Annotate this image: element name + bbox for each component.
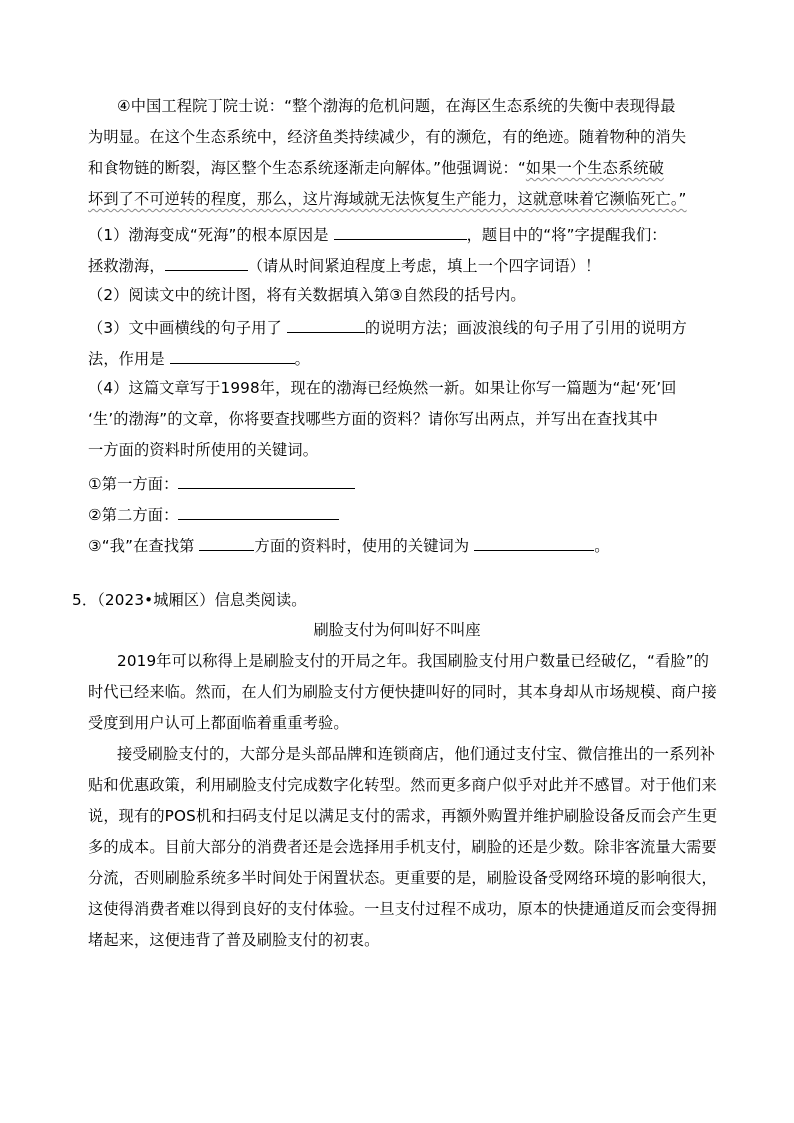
passage-line: 坏到了不可逆转的程度，那么，这片海域就无法恢复生产能力，这就意味着它濒临死亡。” (88, 189, 687, 209)
answer-blank[interactable] (287, 316, 365, 333)
wavy-underlined-quote: 如果一个生态系统破 (526, 159, 664, 177)
question-text: （请从时间紧迫程度上考虑，填上一个四字词语）！ (248, 257, 601, 275)
item-label: ①第一方面： (88, 475, 178, 493)
question-3-cont: 法，作用是 。 (88, 347, 310, 369)
article-line: 时代已经来临。然而，在人们为刷脸支付方便快捷叫好的同时，其本身却从市场规模、商户… (88, 682, 717, 702)
item-label: ③“我”在查找第 (88, 537, 195, 555)
question-2: （2）阅读文中的统计图，将有关数据填入第③自然段的括号内。 (88, 285, 526, 305)
question-5-header: 5．（2023•城厢区）信息类阅读。 (72, 590, 307, 610)
question-4: （4）这篇文章写于1998年，现在的渤海已经焕然一新。如果让你写一篇题为“起‘死… (88, 378, 677, 398)
article-title: 刷脸支付为何叫好不叫座 (0, 620, 794, 640)
passage-line: 和食物链的断裂，海区整个生态系统逐渐走向解体。”他强调说：“如果一个生态系统破 (88, 158, 664, 178)
answer-blank[interactable] (178, 503, 339, 520)
answer-blank[interactable] (178, 472, 355, 489)
question-4-cont: 一方面的资料时所使用的关键词。 (88, 440, 318, 460)
answer-blank[interactable] (165, 254, 248, 271)
question-text: 的说明方法；画波浪线的句子用了引用的说明方 (365, 319, 687, 337)
item-1: ①第一方面： (88, 472, 355, 494)
question-1-cont: 拯救渤海，（请从时间紧迫程度上考虑，填上一个四字词语）！ (88, 254, 600, 276)
article-line: 堵起来，这便违背了普及刷脸支付的初衷。 (88, 930, 379, 950)
item-2: ②第二方面： (88, 503, 339, 525)
item-3: ③“我”在查找第 方面的资料时，使用的关键词为 。 (88, 534, 610, 556)
article-line: 多的成本。目前大部分的消费者还是会选择用手机支付，刷脸的还是少数。除非客流量大需… (88, 837, 717, 857)
document-page: ④中国工程院丁院士说：“整个渤海的危机问题，在海区生态系统的失衡中表现得最 为明… (0, 0, 794, 1123)
question-text: ，题目中的“将”字提醒我们： (467, 226, 667, 244)
article-line: 说，现有的POS机和扫码支付足以满足支付的需求，再额外购置并维护刷脸设备反而会产… (88, 806, 717, 826)
article-line: 这使得消费者难以得到良好的支付体验。一旦支付过程不成功，原本的快捷通道反而会变得… (88, 899, 717, 919)
question-text: 拯救渤海， (88, 257, 165, 275)
question-text: （3）文中画横线的句子用了 (88, 319, 282, 337)
question-4-cont: ‘生’的渤海”的文章，你将要查找哪些方面的资料？请你写出两点，并写出在查找其中 (88, 409, 658, 429)
article-line: 2019年可以称得上是刷脸支付的开局之年。我国刷脸支付用户数量已经破亿，“看脸”… (117, 651, 709, 671)
passage-line: 为明显。在这个生态系统中，经济鱼类持续减少，有的濒危，有的绝迹。随着物种的消失 (88, 127, 686, 147)
question-text: （1）渤海变成“死海”的根本原因是 (88, 226, 329, 244)
question-3: （3）文中画横线的句子用了 的说明方法；画波浪线的句子用了引用的说明方 (88, 316, 687, 338)
article-line: 分流，否则刷脸系统多半时间处于闲置状态。更重要的是，刷脸设备受网络环境的影响很大… (88, 868, 717, 888)
question-1: （1）渤海变成“死海”的根本原因是 ，题目中的“将”字提醒我们： (88, 223, 667, 245)
article-line: 受度到用户认可上都面临着重重考验。 (88, 713, 349, 733)
article-line: 接受刷脸支付的，大部分是头部品牌和连锁商店，他们通过支付宝、微信推出的一系列补 (117, 744, 715, 764)
question-text: 法，作用是 (88, 350, 165, 368)
passage-text: 和食物链的断裂，海区整个生态系统逐渐走向解体。”他强调说：“ (88, 159, 526, 177)
article-line: 贴和优惠政策，利用刷脸支付完成数字化转型。然而更多商户似乎对此并不感冒。对于他们… (88, 775, 717, 795)
answer-blank[interactable] (474, 534, 594, 551)
passage-line: ④中国工程院丁院士说：“整个渤海的危机问题，在海区生态系统的失衡中表现得最 (117, 96, 676, 116)
item-text: 。 (594, 537, 609, 555)
answer-blank[interactable] (199, 534, 254, 551)
answer-blank[interactable] (170, 347, 295, 364)
wavy-underlined-quote: 坏到了不可逆转的程度，那么，这片海域就无法恢复生产能力，这就意味着它濒临死亡。” (88, 190, 687, 208)
question-text: 。 (295, 350, 310, 368)
item-label: ②第二方面： (88, 506, 178, 524)
answer-blank[interactable] (334, 223, 467, 240)
item-text: 方面的资料时，使用的关键词为 (254, 537, 469, 555)
